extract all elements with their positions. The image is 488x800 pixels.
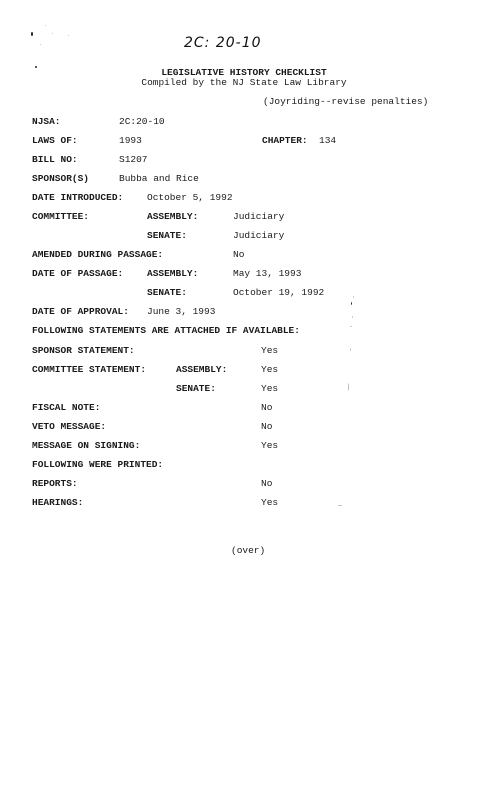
laws-of-label: LAWS OF: (32, 135, 78, 146)
date-of-passage-label: DATE OF PASSAGE: (32, 268, 123, 279)
scan-speck (52, 33, 53, 34)
scan-speck (352, 316, 353, 318)
reports-value: No (261, 478, 272, 489)
passage-assembly-value: May 13, 1993 (233, 268, 301, 279)
committee-statement-senate-label: SENATE: (176, 383, 216, 394)
veto-message-label: VETO MESSAGE: (32, 421, 106, 432)
passage-senate-label: SENATE: (147, 287, 187, 298)
scan-speck (350, 348, 351, 351)
amended-value: No (233, 249, 244, 260)
date-of-approval-label: DATE OF APPROVAL: (32, 306, 129, 317)
fiscal-note-label: FISCAL NOTE: (32, 402, 100, 413)
reports-label: REPORTS: (32, 478, 78, 489)
njsa-label: NJSA: (32, 116, 61, 127)
topic: (Joyriding--revise penalties) (263, 96, 428, 107)
scan-speck (348, 383, 349, 391)
committee-senate-value: Judiciary (233, 230, 284, 241)
message-on-signing-label: MESSAGE ON SIGNING: (32, 440, 140, 451)
hearings-value: Yes (261, 497, 278, 508)
committee-assembly-label: ASSEMBLY: (147, 211, 198, 222)
sponsor-statement-value: Yes (261, 345, 278, 356)
scan-speck (45, 25, 46, 26)
committee-statement-assembly-label: ASSEMBLY: (176, 364, 227, 375)
passage-senate-value: October 19, 1992 (233, 287, 324, 298)
over-note: (over) (231, 545, 265, 556)
document-subtitle: Compiled by the NJ State Law Library (0, 77, 488, 88)
committee-assembly-value: Judiciary (233, 211, 284, 222)
scan-speck (351, 302, 352, 305)
sponsors-value: Bubba and Rice (119, 173, 199, 184)
date-introduced-value: October 5, 1992 (147, 192, 233, 203)
chapter-label: CHAPTER: (262, 135, 308, 146)
committee-statement-assembly-value: Yes (261, 364, 278, 375)
chapter-value: 134 (319, 135, 336, 146)
veto-message-value: No (261, 421, 272, 432)
handwritten-note: 2C: 20-10 (184, 35, 262, 51)
sponsors-label: SPONSOR(S) (32, 173, 89, 184)
fiscal-note-value: No (261, 402, 272, 413)
statements-heading: FOLLOWING STATEMENTS ARE ATTACHED IF AVA… (32, 325, 300, 336)
message-on-signing-value: Yes (261, 440, 278, 451)
hearings-label: HEARINGS: (32, 497, 83, 508)
committee-label: COMMITTEE: (32, 211, 89, 222)
njsa-value: 2C:20-10 (119, 116, 165, 127)
committee-senate-label: SENATE: (147, 230, 187, 241)
bill-no-value: S1207 (119, 154, 148, 165)
scan-speck (353, 296, 354, 298)
scan-speck (40, 44, 41, 45)
committee-statement-label: COMMITTEE STATEMENT: (32, 364, 146, 375)
scan-speck (350, 326, 352, 327)
committee-statement-senate-value: Yes (261, 383, 278, 394)
scan-speck (338, 505, 342, 506)
sponsor-statement-label: SPONSOR STATEMENT: (32, 345, 135, 356)
amended-label: AMENDED DURING PASSAGE: (32, 249, 163, 260)
bill-no-label: BILL NO: (32, 154, 78, 165)
date-introduced-label: DATE INTRODUCED: (32, 192, 123, 203)
scan-speck (68, 35, 69, 36)
scan-speck (31, 32, 33, 36)
laws-of-value: 1993 (119, 135, 142, 146)
passage-assembly-label: ASSEMBLY: (147, 268, 198, 279)
printed-heading: FOLLOWING WERE PRINTED: (32, 459, 163, 470)
date-of-approval-value: June 3, 1993 (147, 306, 215, 317)
